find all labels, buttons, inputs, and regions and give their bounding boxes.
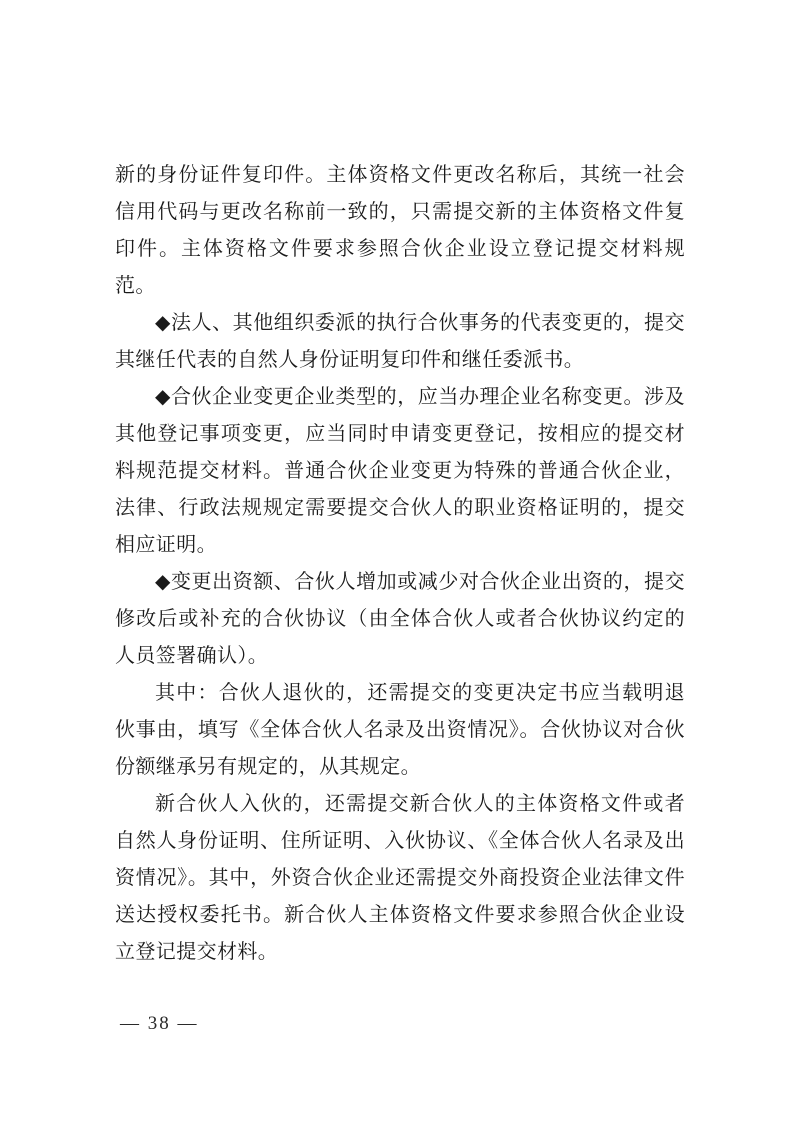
paragraph-bullet-capital-contribution-change: ◆变更出资额、合伙人增加或减少对合伙企业出资的，提交修改后或补充的合伙协议（由全…	[115, 564, 685, 675]
body-text-block: 新的身份证件复印件。主体资格文件更改名称后，其统一社会信用代码与更改名称前一致的…	[115, 157, 685, 971]
paragraph-new-partner-admission: 新合伙人入伙的，还需提交新合伙人的主体资格文件或者自然人身份证明、住所证明、入伙…	[115, 786, 685, 971]
document-page: 新的身份证件复印件。主体资格文件更改名称后，其统一社会信用代码与更改名称前一致的…	[0, 0, 793, 1122]
paragraph-bullet-representative-change: ◆法人、其他组织委派的执行合伙事务的代表变更的，提交其继任代表的自然人身份证明复…	[115, 305, 685, 379]
page-number: — 38 —	[120, 1012, 199, 1036]
paragraph-bullet-enterprise-type-change: ◆合伙企业变更企业类型的，应当办理企业名称变更。涉及其他登记事项变更，应当同时申…	[115, 379, 685, 564]
paragraph-partner-withdrawal: 其中：合伙人退伙的，还需提交的变更决定书应当载明退伙事由，填写《全体合伙人名录及…	[115, 675, 685, 786]
paragraph-continuation: 新的身份证件复印件。主体资格文件更改名称后，其统一社会信用代码与更改名称前一致的…	[115, 157, 685, 305]
